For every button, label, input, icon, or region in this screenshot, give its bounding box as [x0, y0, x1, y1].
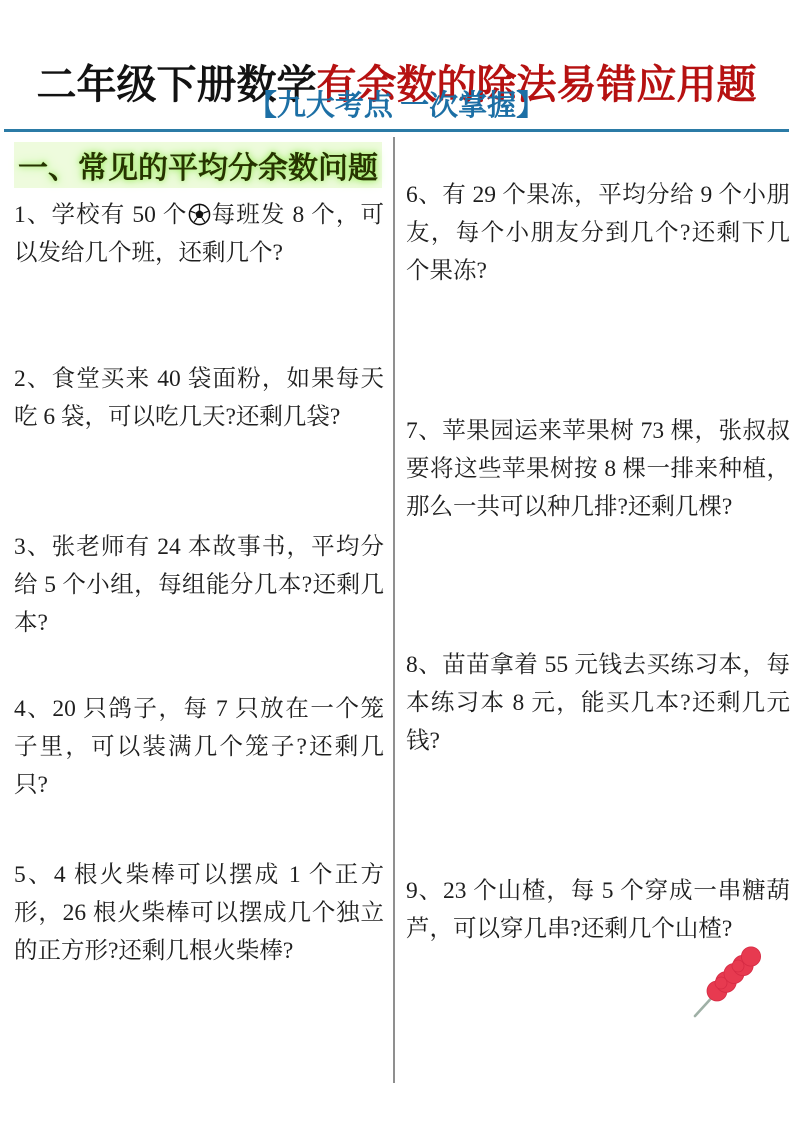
problem-6: 6、有 29 个果冻，平均分给 9 个小朋友，每个小朋友分到几个?还剩下几个果冻… — [406, 176, 790, 290]
problem-5: 5、4 根火柴棒可以摆成 1 个正方形，26 根火柴棒可以摆成几个独立的正方形?… — [14, 856, 384, 970]
soccer-ball-icon — [188, 203, 211, 226]
problem-8: 8、苗苗拿着 55 元钱去买练习本，每本练习本 8 元，能买几本?还剩几元钱? — [406, 646, 790, 760]
column-divider-line — [393, 137, 395, 1083]
problem-4: 4、20 只鸽子，每 7 只放在一个笼子里，可以装满几个笼子?还剩几只? — [14, 690, 384, 804]
page-subtitle: 【九大考点 一次掌握】 — [0, 83, 793, 124]
problem-3: 3、张老师有 24 本故事书，平均分给 5 个小组，每组能分几本?还剩几本? — [14, 528, 384, 642]
section-heading: 一、常见的平均分余数问题 — [14, 142, 382, 188]
problem-1: 1、学校有 50 个 每班发 8 个，可以发给几个班，还剩几个? — [14, 196, 384, 272]
header-divider-line — [4, 129, 789, 132]
problem-9: 9、23 个山楂，每 5 个穿成一串糖葫芦，可以穿几串?还剩几个山楂? — [406, 872, 790, 948]
problem-1-text-pre: 1、学校有 50 个 — [14, 202, 188, 228]
problem-2: 2、食堂买来 40 袋面粉，如果每天吃 6 袋，可以吃几天?还剩几袋? — [14, 360, 384, 436]
problem-7: 7、苹果园运来苹果树 73 棵，张叔叔要将这些苹果树按 8 棵一排来种植，那么一… — [406, 412, 790, 526]
candied-hawthorn-icon — [686, 942, 768, 1022]
worksheet-page: 二年级下册数学有余数的除法易错应用题 【九大考点 一次掌握】 一、常见的平均分余… — [0, 0, 793, 1121]
